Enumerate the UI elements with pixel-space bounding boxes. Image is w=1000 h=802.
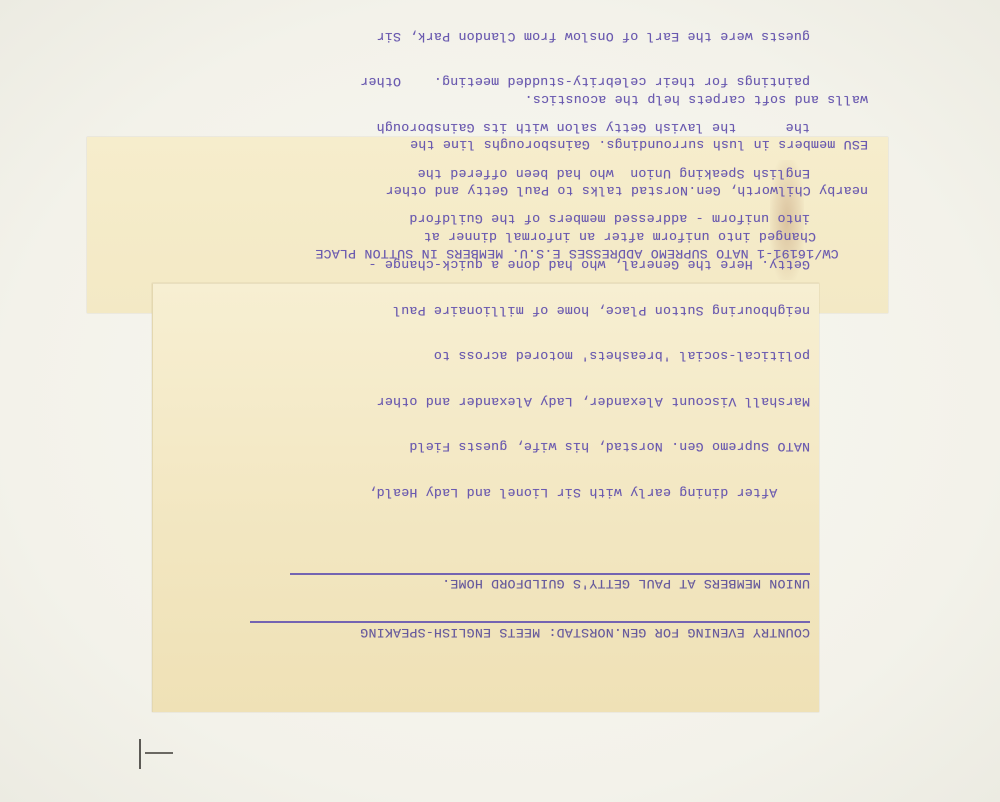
body-line: into uniform - addressed members of the … — [170, 211, 810, 226]
bottom-card-text: COUNTRY EVENING FOR GEN.NORSTAD: MEETS E… — [170, 340, 810, 670]
crop-mark-vertical — [139, 739, 141, 769]
headline-line: UNION MEMBERS AT PAUL GETTY'S GUILDFORD … — [290, 573, 810, 591]
body-line: After dining early with Sir Lionel and L… — [170, 485, 810, 500]
body-line: NATO Supremo Gen. Norstad, his wife, gue… — [170, 439, 810, 454]
spacer — [170, 530, 810, 542]
body-line: paintings for their celebrity-studded me… — [170, 74, 810, 89]
crop-mark-horizontal — [145, 752, 173, 754]
body-line: English Speaking Union who had been offe… — [170, 166, 810, 181]
body-line: political-social 'breashets' motored acr… — [170, 348, 810, 363]
body-line: the the lavish Getty salon with its Gain… — [170, 120, 810, 135]
body-line: Getty. Here the General, who had done a … — [170, 257, 810, 272]
headline-line: COUNTRY EVENING FOR GEN.NORSTAD: MEETS E… — [250, 621, 810, 639]
body-line: Marshall Viscount Alexander, Lady Alexan… — [170, 394, 810, 409]
body-line: guests were the Earl of Onslow from Clan… — [170, 29, 810, 44]
body-line: neighbouring Sutton Place, home of milli… — [170, 302, 810, 317]
